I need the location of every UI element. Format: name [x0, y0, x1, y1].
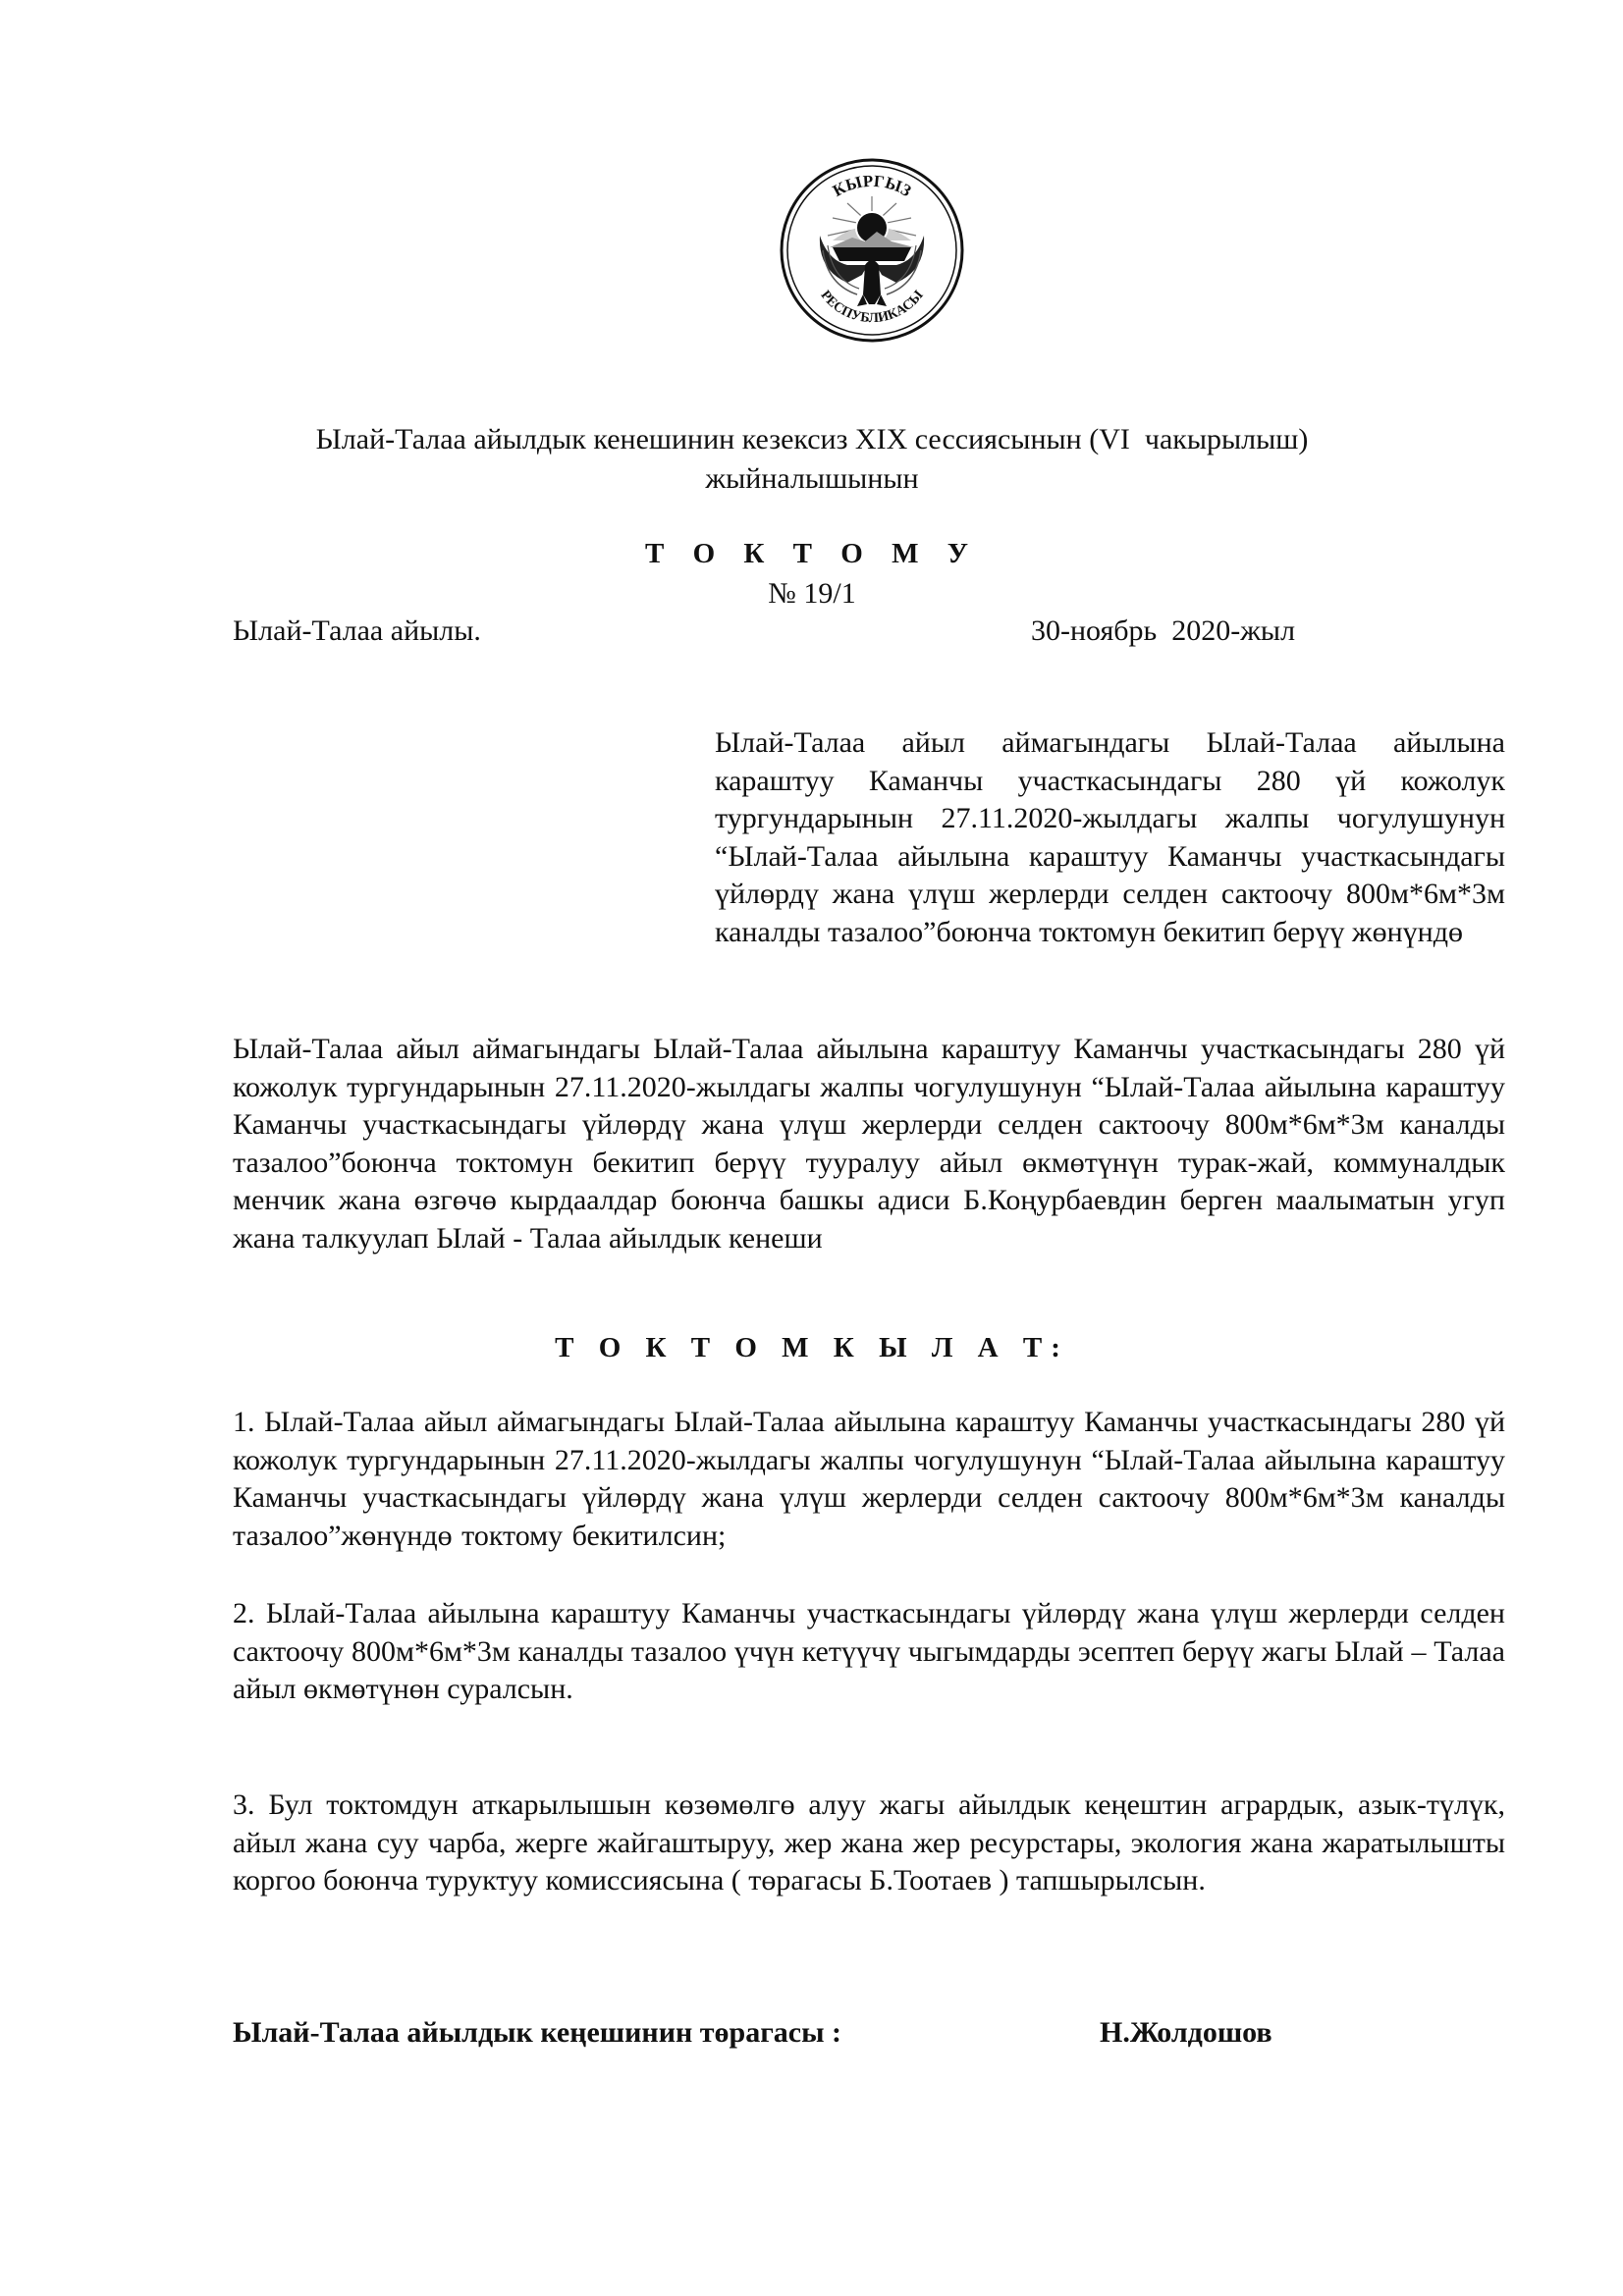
document-number: № 19/1 [233, 577, 1391, 611]
signatory-name: Н.Жолдошов [1100, 2016, 1272, 2050]
document-subject: Ылай-Талаа айыл аймагындагы Ылай-Талаа а… [715, 724, 1505, 951]
document-title: Т О К Т О М У [233, 538, 1391, 570]
issue-date: 30-ноябрь 2020-жыл [1031, 614, 1295, 648]
kyrgyz-emblem-icon: КЫРГЫЗ РЕСПУБЛИКАСЫ [779, 157, 965, 344]
preamble-paragraph: Ылай-Талаа айыл аймагындагы Ылай-Талаа а… [233, 1031, 1505, 1257]
signatory-position: Ылай-Талаа айылдык кеңешинин төрагасы : [233, 2016, 841, 2050]
decree-heading: Т О К Т О М К Ы Л А Т: [233, 1332, 1391, 1364]
place-of-issue: Ылай-Талаа айылы. [233, 614, 481, 648]
session-header-line1: Ылай-Талаа айылдык кенешинин кезексиз XI… [233, 420, 1391, 459]
decree-item-3: 3. Бул токтомдун аткарылышын көзөмөлгө а… [233, 1787, 1505, 1900]
decree-item-2: 2. Ылай-Талаа айылына караштуу Каманчы у… [233, 1595, 1505, 1709]
session-header: Ылай-Талаа айылдык кенешинин кезексиз XI… [233, 420, 1391, 499]
decree-item-1: 1. Ылай-Талаа айыл аймагындагы Ылай-Тала… [233, 1404, 1505, 1555]
state-emblem: КЫРГЫЗ РЕСПУБЛИКАСЫ [779, 157, 965, 344]
session-header-line2: жыйналышынын [233, 459, 1391, 499]
